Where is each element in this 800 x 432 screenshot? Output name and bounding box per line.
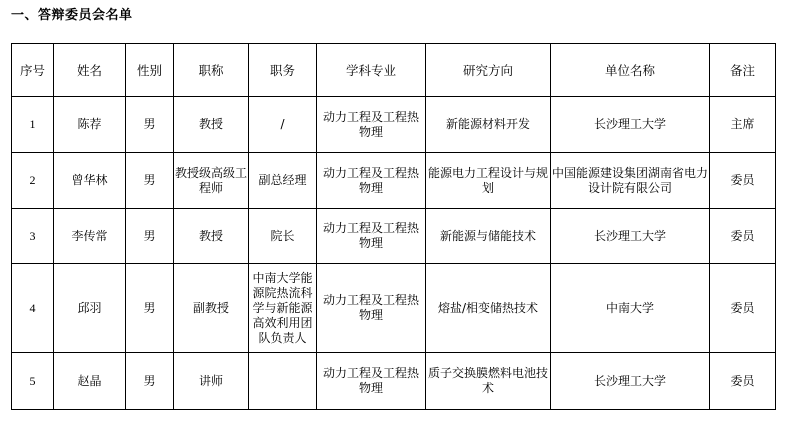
cell-remark: 委员 xyxy=(710,264,776,353)
cell-discipline: 动力工程及工程热物理 xyxy=(317,264,426,353)
cell-gender: 男 xyxy=(126,353,174,410)
cell-research: 能源电力工程设计与规划 xyxy=(426,153,551,209)
cell-research: 新能源材料开发 xyxy=(426,97,551,153)
document-page: 一、答辩委员会名单 序号 姓名 性别 职称 职务 学科专业 研究方向 单位名称 xyxy=(0,0,800,432)
cell-remark: 委员 xyxy=(710,353,776,410)
cell-position: 中南大学能源院热流科学与新能源高效利用团队负责人 xyxy=(249,264,317,353)
table-header-row: 序号 姓名 性别 职称 职务 学科专业 研究方向 单位名称 备注 xyxy=(12,44,776,97)
header-gender: 性别 xyxy=(126,44,174,97)
cell-title: 教授 xyxy=(174,97,249,153)
cell-discipline: 动力工程及工程热物理 xyxy=(317,97,426,153)
header-research: 研究方向 xyxy=(426,44,551,97)
cell-title: 讲师 xyxy=(174,353,249,410)
cell-discipline: 动力工程及工程热物理 xyxy=(317,209,426,264)
cell-discipline: 动力工程及工程热物理 xyxy=(317,353,426,410)
cell-title: 教授 xyxy=(174,209,249,264)
cell-research: 熔盐/相变储热技术 xyxy=(426,264,551,353)
cell-index: 3 xyxy=(12,209,54,264)
cell-position: 副总经理 xyxy=(249,153,317,209)
cell-name: 曾华林 xyxy=(54,153,126,209)
cell-index: 5 xyxy=(12,353,54,410)
cell-name: 陈荐 xyxy=(54,97,126,153)
cell-gender: 男 xyxy=(126,97,174,153)
committee-table: 序号 姓名 性别 职称 职务 学科专业 研究方向 单位名称 备注 1 陈荐 男 … xyxy=(11,43,776,410)
cell-organization: 中南大学 xyxy=(551,264,710,353)
table-row: 5 赵晶 男 讲师 动力工程及工程热物理 质子交换膜燃料电池技术 长沙理工大学 … xyxy=(12,353,776,410)
cell-remark: 主席 xyxy=(710,97,776,153)
cell-remark: 委员 xyxy=(710,153,776,209)
table-row: 3 李传常 男 教授 院长 动力工程及工程热物理 新能源与储能技术 长沙理工大学… xyxy=(12,209,776,264)
cell-discipline: 动力工程及工程热物理 xyxy=(317,153,426,209)
cell-gender: 男 xyxy=(126,209,174,264)
table-row: 1 陈荐 男 教授 / 动力工程及工程热物理 新能源材料开发 长沙理工大学 主席 xyxy=(12,97,776,153)
table-row: 2 曾华林 男 教授级高级工程师 副总经理 动力工程及工程热物理 能源电力工程设… xyxy=(12,153,776,209)
cell-position xyxy=(249,353,317,410)
cell-gender: 男 xyxy=(126,264,174,353)
cell-index: 4 xyxy=(12,264,54,353)
cell-index: 1 xyxy=(12,97,54,153)
cell-position: / xyxy=(249,97,317,153)
cell-position: 院长 xyxy=(249,209,317,264)
cell-research: 质子交换膜燃料电池技术 xyxy=(426,353,551,410)
cell-remark: 委员 xyxy=(710,209,776,264)
header-organization: 单位名称 xyxy=(551,44,710,97)
cell-organization: 长沙理工大学 xyxy=(551,209,710,264)
cell-name: 邱羽 xyxy=(54,264,126,353)
table-row: 4 邱羽 男 副教授 中南大学能源院热流科学与新能源高效利用团队负责人 动力工程… xyxy=(12,264,776,353)
header-discipline: 学科专业 xyxy=(317,44,426,97)
cell-name: 李传常 xyxy=(54,209,126,264)
cell-title: 教授级高级工程师 xyxy=(174,153,249,209)
cell-name: 赵晶 xyxy=(54,353,126,410)
header-name: 姓名 xyxy=(54,44,126,97)
cell-index: 2 xyxy=(12,153,54,209)
header-index: 序号 xyxy=(12,44,54,97)
header-remark: 备注 xyxy=(710,44,776,97)
cell-title: 副教授 xyxy=(174,264,249,353)
section-heading: 一、答辩委员会名单 xyxy=(11,8,133,24)
cell-organization: 长沙理工大学 xyxy=(551,353,710,410)
header-position: 职务 xyxy=(249,44,317,97)
cell-organization: 长沙理工大学 xyxy=(551,97,710,153)
cell-gender: 男 xyxy=(126,153,174,209)
cell-research: 新能源与储能技术 xyxy=(426,209,551,264)
header-title: 职称 xyxy=(174,44,249,97)
cell-organization: 中国能源建设集团湖南省电力设计院有限公司 xyxy=(551,153,710,209)
